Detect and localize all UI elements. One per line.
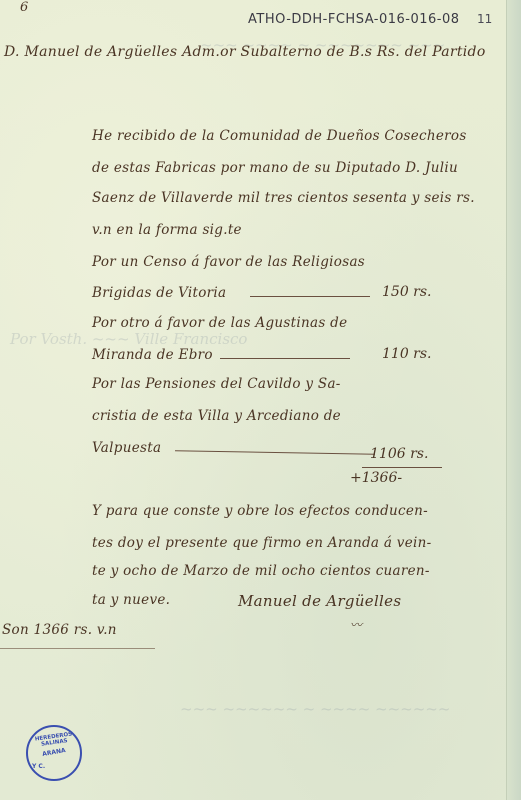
closing-line: tes doy el presente que firmo en Aranda …: [92, 535, 431, 551]
stamp-prefix: Y C.: [32, 763, 45, 770]
entry-amount: 150 rs.: [382, 284, 432, 300]
entry-line: Por otro á favor de las Agustinas de: [92, 315, 347, 331]
body-line: de estas Fabricas por mano de su Diputad…: [92, 160, 458, 176]
entry-amount: 1106 rs.: [370, 446, 428, 462]
paper-edge: [506, 0, 521, 800]
entry-rule: [250, 296, 370, 297]
total-amount: +1366-: [350, 470, 402, 486]
bleed-through-text: Por Vosth. ~~~ Ville Francisco: [10, 330, 247, 348]
rubric-flourish: 〰: [350, 616, 362, 633]
signature: Manuel de Argüelles: [238, 592, 401, 610]
body-line: v.n en la forma sig.te: [92, 222, 242, 238]
entry-line: Valpuesta: [92, 440, 161, 456]
margin-rule: [0, 648, 155, 649]
body-line: Saenz de Villaverde mil tres cientos ses…: [92, 190, 475, 206]
folio-number: 11: [477, 12, 492, 26]
margin-note: Son 1366 rs. v.n: [2, 622, 117, 638]
corner-mark: 6: [20, 0, 28, 15]
archive-reference-code: ATHO-DDH-FCHSA-016-016-08: [248, 12, 460, 27]
archive-stamp: HEREDEROS SALINAS ARANA Y C.: [26, 725, 82, 781]
manuscript-page: ~~~ ~~~~ ~ ~~~~~~~ ~~~ Por Vosth. ~~~ Vi…: [0, 0, 521, 800]
entry-line: Por un Censo á favor de las Religiosas: [92, 254, 365, 270]
closing-line: te y ocho de Marzo de mil ocho cientos c…: [92, 563, 430, 579]
entry-line: cristia de esta Villa y Arcediano de: [92, 408, 341, 424]
bleed-through-text: ~~~ ~~~~~~ ~ ~~~~ ~~~~~~: [180, 700, 450, 718]
entry-rule: [220, 358, 350, 359]
sum-rule: [362, 467, 442, 468]
closing-line: ta y nueve.: [92, 592, 170, 608]
entry-rule: [175, 450, 375, 454]
document-heading: D. Manuel de Argüelles Adm.or Subalterno…: [4, 44, 486, 60]
entry-line: Miranda de Ebro: [92, 347, 213, 363]
entry-amount: 110 rs.: [382, 346, 432, 362]
closing-line: Y para que conste y obre los efectos con…: [92, 503, 428, 519]
entry-line: Brigidas de Vitoria: [92, 285, 226, 301]
entry-line: Por las Pensiones del Cavildo y Sa-: [92, 376, 341, 392]
body-line: He recibido de la Comunidad de Dueños Co…: [92, 128, 467, 144]
